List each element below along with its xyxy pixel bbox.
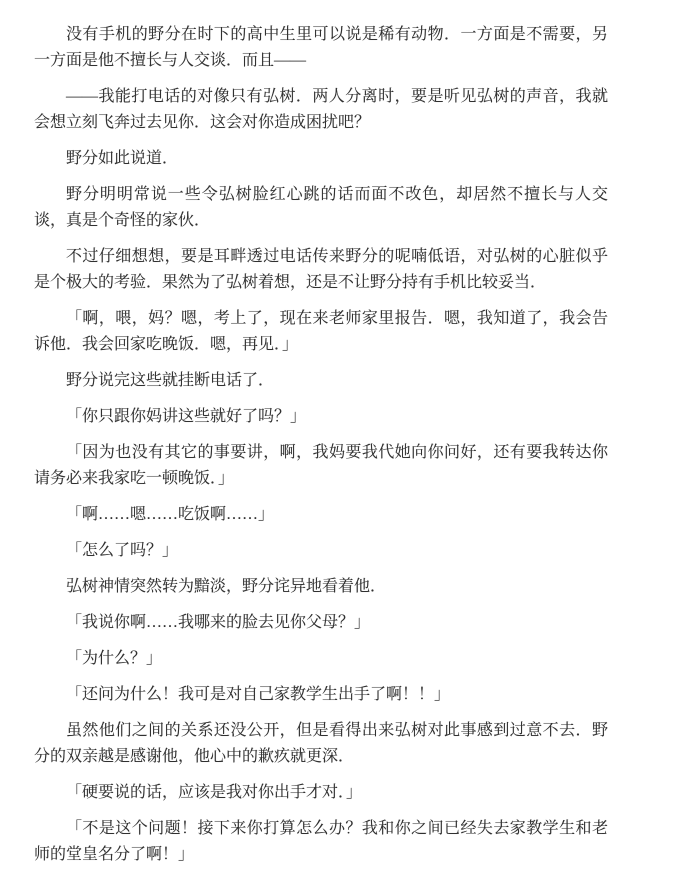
paragraph-1: 没有手机的野分在时下的高中生里可以说是稀有动物．一方面是不需要，另一方面是他不擅… [34, 22, 608, 74]
paragraph-18: 「不是这个问题！接下来你打算怎么办？我和你之间已经失去家教学生和老师的堂皇名分了… [34, 816, 608, 868]
paragraph-5: 不过仔细想想，要是耳畔透过电话传来野分的呢喃低语，对弘树的心脏似乎是个极大的考验… [34, 244, 608, 296]
paragraph-3: 野分如此说道． [34, 146, 608, 172]
paragraph-12: 弘树神情突然转为黯淡，野分诧异地看着他． [34, 574, 608, 600]
paragraph-10: 「啊……嗯……吃饭啊……」 [34, 502, 608, 528]
paragraph-16: 虽然他们之间的关系还没公开，但是看得出来弘树对此事感到过意不去．野分的双亲越是感… [34, 718, 608, 770]
paragraph-9: 「因为也没有其它的事要讲，啊，我妈要我代她向你问好，还有要我转达你请务必来我家吃… [34, 440, 608, 492]
paragraph-7: 野分说完这些就挂断电话了． [34, 368, 608, 394]
novel-text-page: 没有手机的野分在时下的高中生里可以说是稀有动物．一方面是不需要，另一方面是他不擅… [0, 0, 680, 880]
paragraph-2: ——我能打电话的对像只有弘树．两人分离时，要是听见弘树的声音，我就会想立刻飞奔过… [34, 84, 608, 136]
paragraph-4: 野分明明常说一些令弘树脸红心跳的话而面不改色，却居然不擅长与人交谈，真是个奇怪的… [34, 182, 608, 234]
paragraph-11: 「怎么了吗？」 [34, 538, 608, 564]
paragraph-6: 「啊，喂，妈？嗯，考上了，现在来老师家里报告．嗯，我知道了，我会告诉他．我会回家… [34, 306, 608, 358]
paragraph-14: 「为什么？」 [34, 646, 608, 672]
paragraph-17: 「硬要说的话，应该是我对你出手才对．」 [34, 780, 608, 806]
paragraph-8: 「你只跟你妈讲这些就好了吗？」 [34, 404, 608, 430]
paragraph-13: 「我说你啊……我哪来的脸去见你父母？」 [34, 610, 608, 636]
paragraph-15: 「还问为什么！我可是对自己家教学生出手了啊！！」 [34, 682, 608, 708]
